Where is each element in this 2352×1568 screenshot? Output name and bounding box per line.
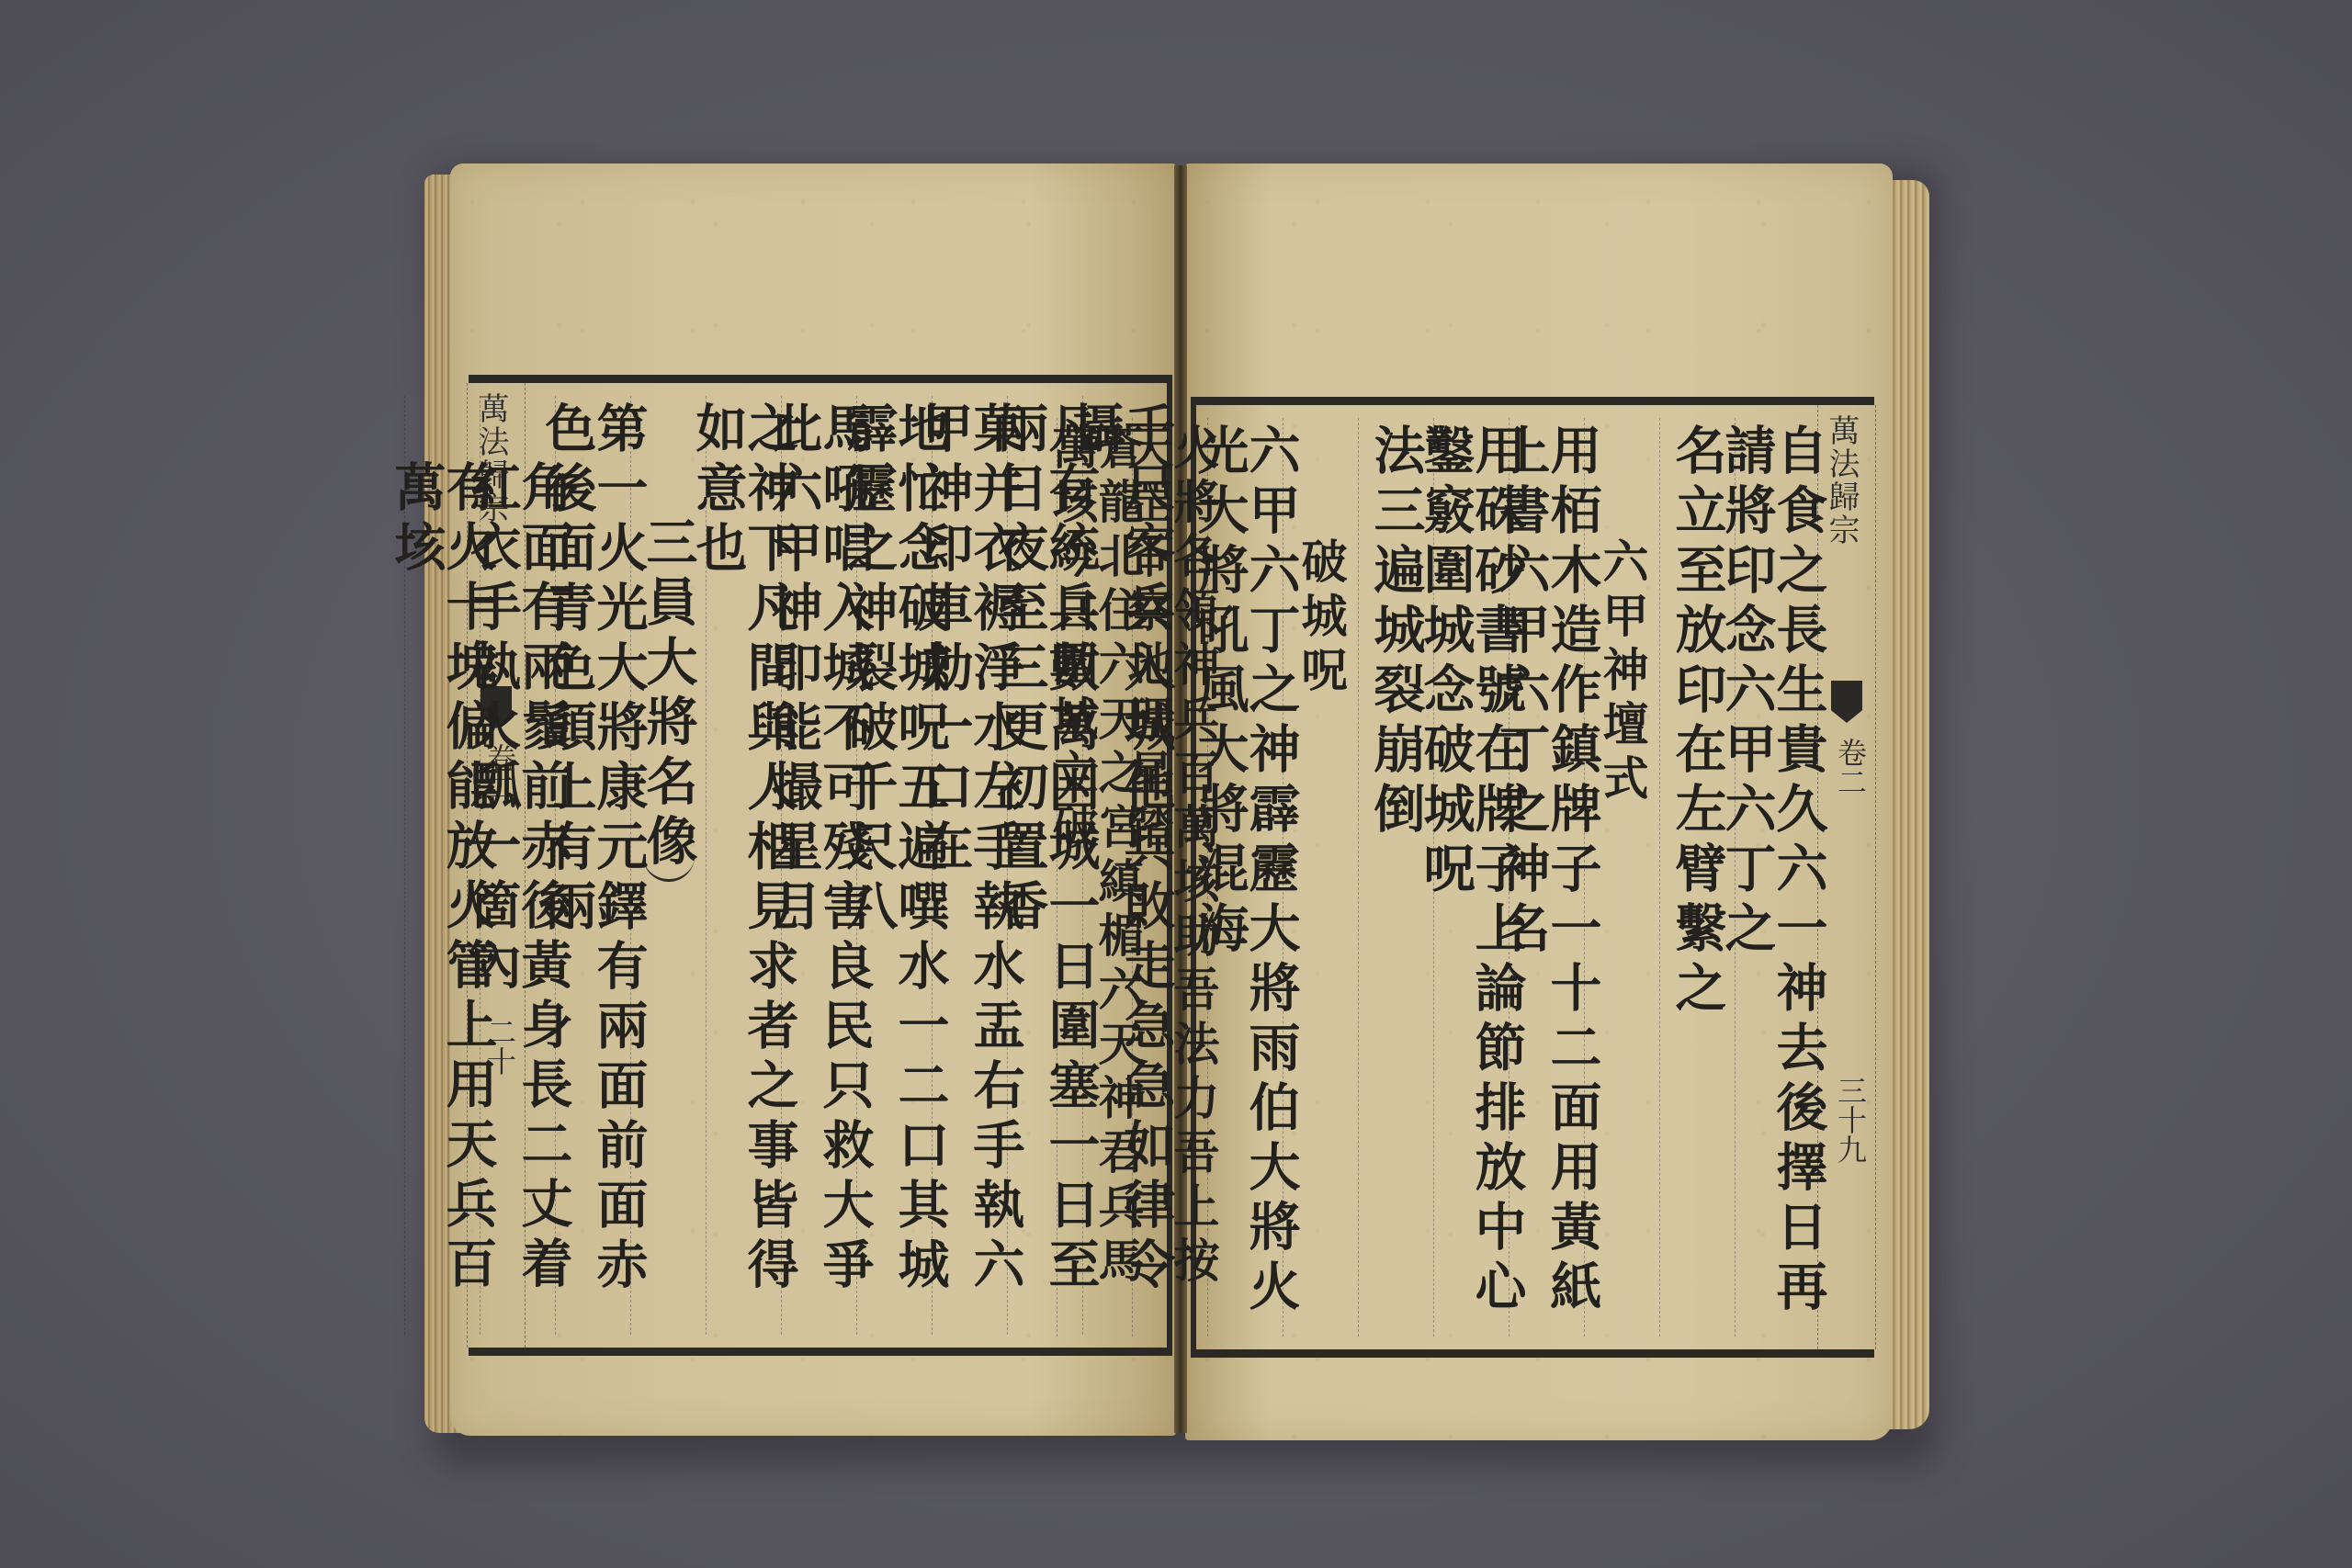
text-column: 第一火光大將康元鐸有兩面前面赤色後面青色頭上有兩 — [555, 396, 630, 1335]
right-printed-frame: 萬法歸宗 卷二 三十九 自食之長生貴久六一神去後擇日再請將印念六甲六丁之 名立至… — [1191, 397, 1874, 1358]
volume-label: 卷二 — [1829, 738, 1871, 796]
section-heading: 六甲神壇式 — [1584, 418, 1659, 1337]
running-title: 萬法歸宗 — [1826, 414, 1857, 547]
page-number: 三十九 — [1829, 1076, 1871, 1164]
text-column: 自食之長生貴久六一神去後擇日再請將印念六甲六丁之 — [1735, 418, 1810, 1337]
photo-background: 萬法歸宗 卷二 二十 千尺客兵入城他兵敗走急急如律令攝 凡有統兵數萬困城一日圍塞… — [0, 0, 2352, 1568]
text-column: 用栢木造作鎮牌子一十二面用黃紙上書六甲六丁之神名 — [1509, 418, 1584, 1337]
fish-tail-icon — [1831, 681, 1862, 723]
text-column: 六甲六丁之神霹靂大將雨伯大將火光大將吼風大將混海 — [1207, 418, 1283, 1337]
section-heading: 破城呪 — [1283, 418, 1358, 1337]
right-text-columns: 自食之長生貴久六一神去後擇日再請將印念六甲六丁之 名立至放印在左臂繫之 六甲神壇… — [1202, 418, 1810, 1337]
